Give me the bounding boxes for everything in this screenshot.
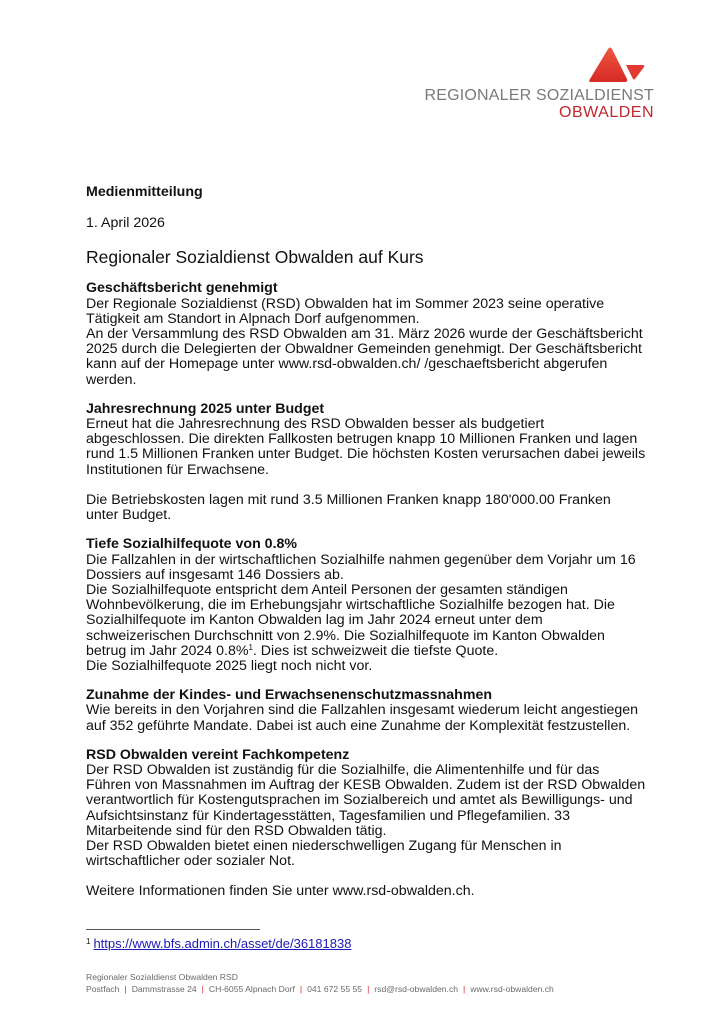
section-heading: Tiefe Sozialhilfequote von 0.8% (86, 537, 646, 552)
document-title: Regionaler Sozialdienst Obwalden auf Kur… (86, 247, 646, 267)
section-heading: Geschäftsbericht genehmigt (86, 281, 646, 296)
footer-org-name: Regionaler Sozialdienst Obwalden RSD (86, 971, 554, 983)
logo-text-line1: REGIONALER SOZIALDIENST (424, 87, 654, 105)
section-heading: Jahresrechnung 2025 unter Budget (86, 402, 646, 417)
section-paragraph: Der Regionale Sozialdienst (RSD) Obwalde… (86, 297, 646, 327)
footer-separator: | (124, 984, 126, 994)
section-fachkompetenz: RSD Obwalden vereint Fachkompetenz Der R… (86, 748, 646, 870)
organization-logo: REGIONALER SOZIALDIENST OBWALDEN (466, 44, 666, 120)
footer-contact-line: Postfach|Dammstrasse 24|CH-6055 Alpnach … (86, 983, 554, 995)
section-jahresrechnung: Jahresrechnung 2025 unter Budget Erneut … (86, 402, 646, 524)
footer-separator: | (367, 984, 369, 994)
footer-phone: 041 672 55 55 (307, 984, 362, 994)
paragraph-text-tail: . Dies ist schweizweit die tiefste Quote… (253, 643, 498, 659)
footer-separator: | (202, 984, 204, 994)
footer-separator: | (300, 984, 302, 994)
page-footer: Regionaler Sozialdienst Obwalden RSD Pos… (86, 971, 554, 995)
footer-postfach: Postfach (86, 984, 119, 994)
footnote-divider (86, 929, 260, 930)
footnote: 1https://www.bfs.admin.ch/asset/de/36181… (86, 936, 351, 951)
section-geschaeftsbericht: Geschäftsbericht genehmigt Der Regionale… (86, 281, 646, 387)
section-paragraph: Erneut hat die Jahresrechnung des RSD Ob… (86, 417, 646, 478)
triangle-logo-mark-icon (586, 46, 646, 86)
footer-website[interactable]: www.rsd-obwalden.ch (470, 984, 554, 994)
section-paragraph: Die Betriebskosten lagen mit rund 3.5 Mi… (86, 493, 646, 523)
press-release-body: Medienmitteilung 1. April 2026 Regionale… (86, 185, 646, 899)
section-paragraph: Die Fallzahlen in der wirtschaftlichen S… (86, 553, 646, 583)
section-heading: RSD Obwalden vereint Fachkompetenz (86, 748, 646, 763)
section-sozialhilfequote: Tiefe Sozialhilfequote von 0.8% Die Fall… (86, 537, 646, 674)
document-label: Medienmitteilung (86, 185, 646, 200)
section-paragraph: Wie bereits in den Vorjahren sind die Fa… (86, 703, 646, 733)
section-paragraph: An der Versammlung des RSD Obwalden am 3… (86, 327, 646, 388)
section-schutzmassnahmen: Zunahme der Kindes- und Erwachsenenschut… (86, 688, 646, 734)
section-paragraph: Der RSD Obwalden bietet einen niederschw… (86, 839, 646, 869)
footer-separator: | (463, 984, 465, 994)
footer-city: CH-6055 Alpnach Dorf (209, 984, 295, 994)
footnote-link[interactable]: https://www.bfs.admin.ch/asset/de/361818… (93, 936, 351, 951)
footer-street: Dammstrasse 24 (132, 984, 197, 994)
section-heading: Zunahme der Kindes- und Erwachsenenschut… (86, 688, 646, 703)
document-date: 1. April 2026 (86, 216, 646, 231)
section-paragraph: Die Sozialhilfequote entspricht dem Ante… (86, 583, 646, 659)
section-paragraph: Die Sozialhilfequote 2025 liegt noch nic… (86, 659, 646, 674)
footnote-number: 1 (86, 937, 90, 946)
closing-text: Weitere Informationen finden Sie unter w… (86, 884, 646, 899)
footer-email[interactable]: rsd@rsd-obwalden.ch (374, 984, 458, 994)
closing-section: Weitere Informationen finden Sie unter w… (86, 884, 646, 899)
logo-text-line2: OBWALDEN (559, 104, 654, 122)
section-paragraph: Der RSD Obwalden ist zuständig für die S… (86, 763, 646, 839)
